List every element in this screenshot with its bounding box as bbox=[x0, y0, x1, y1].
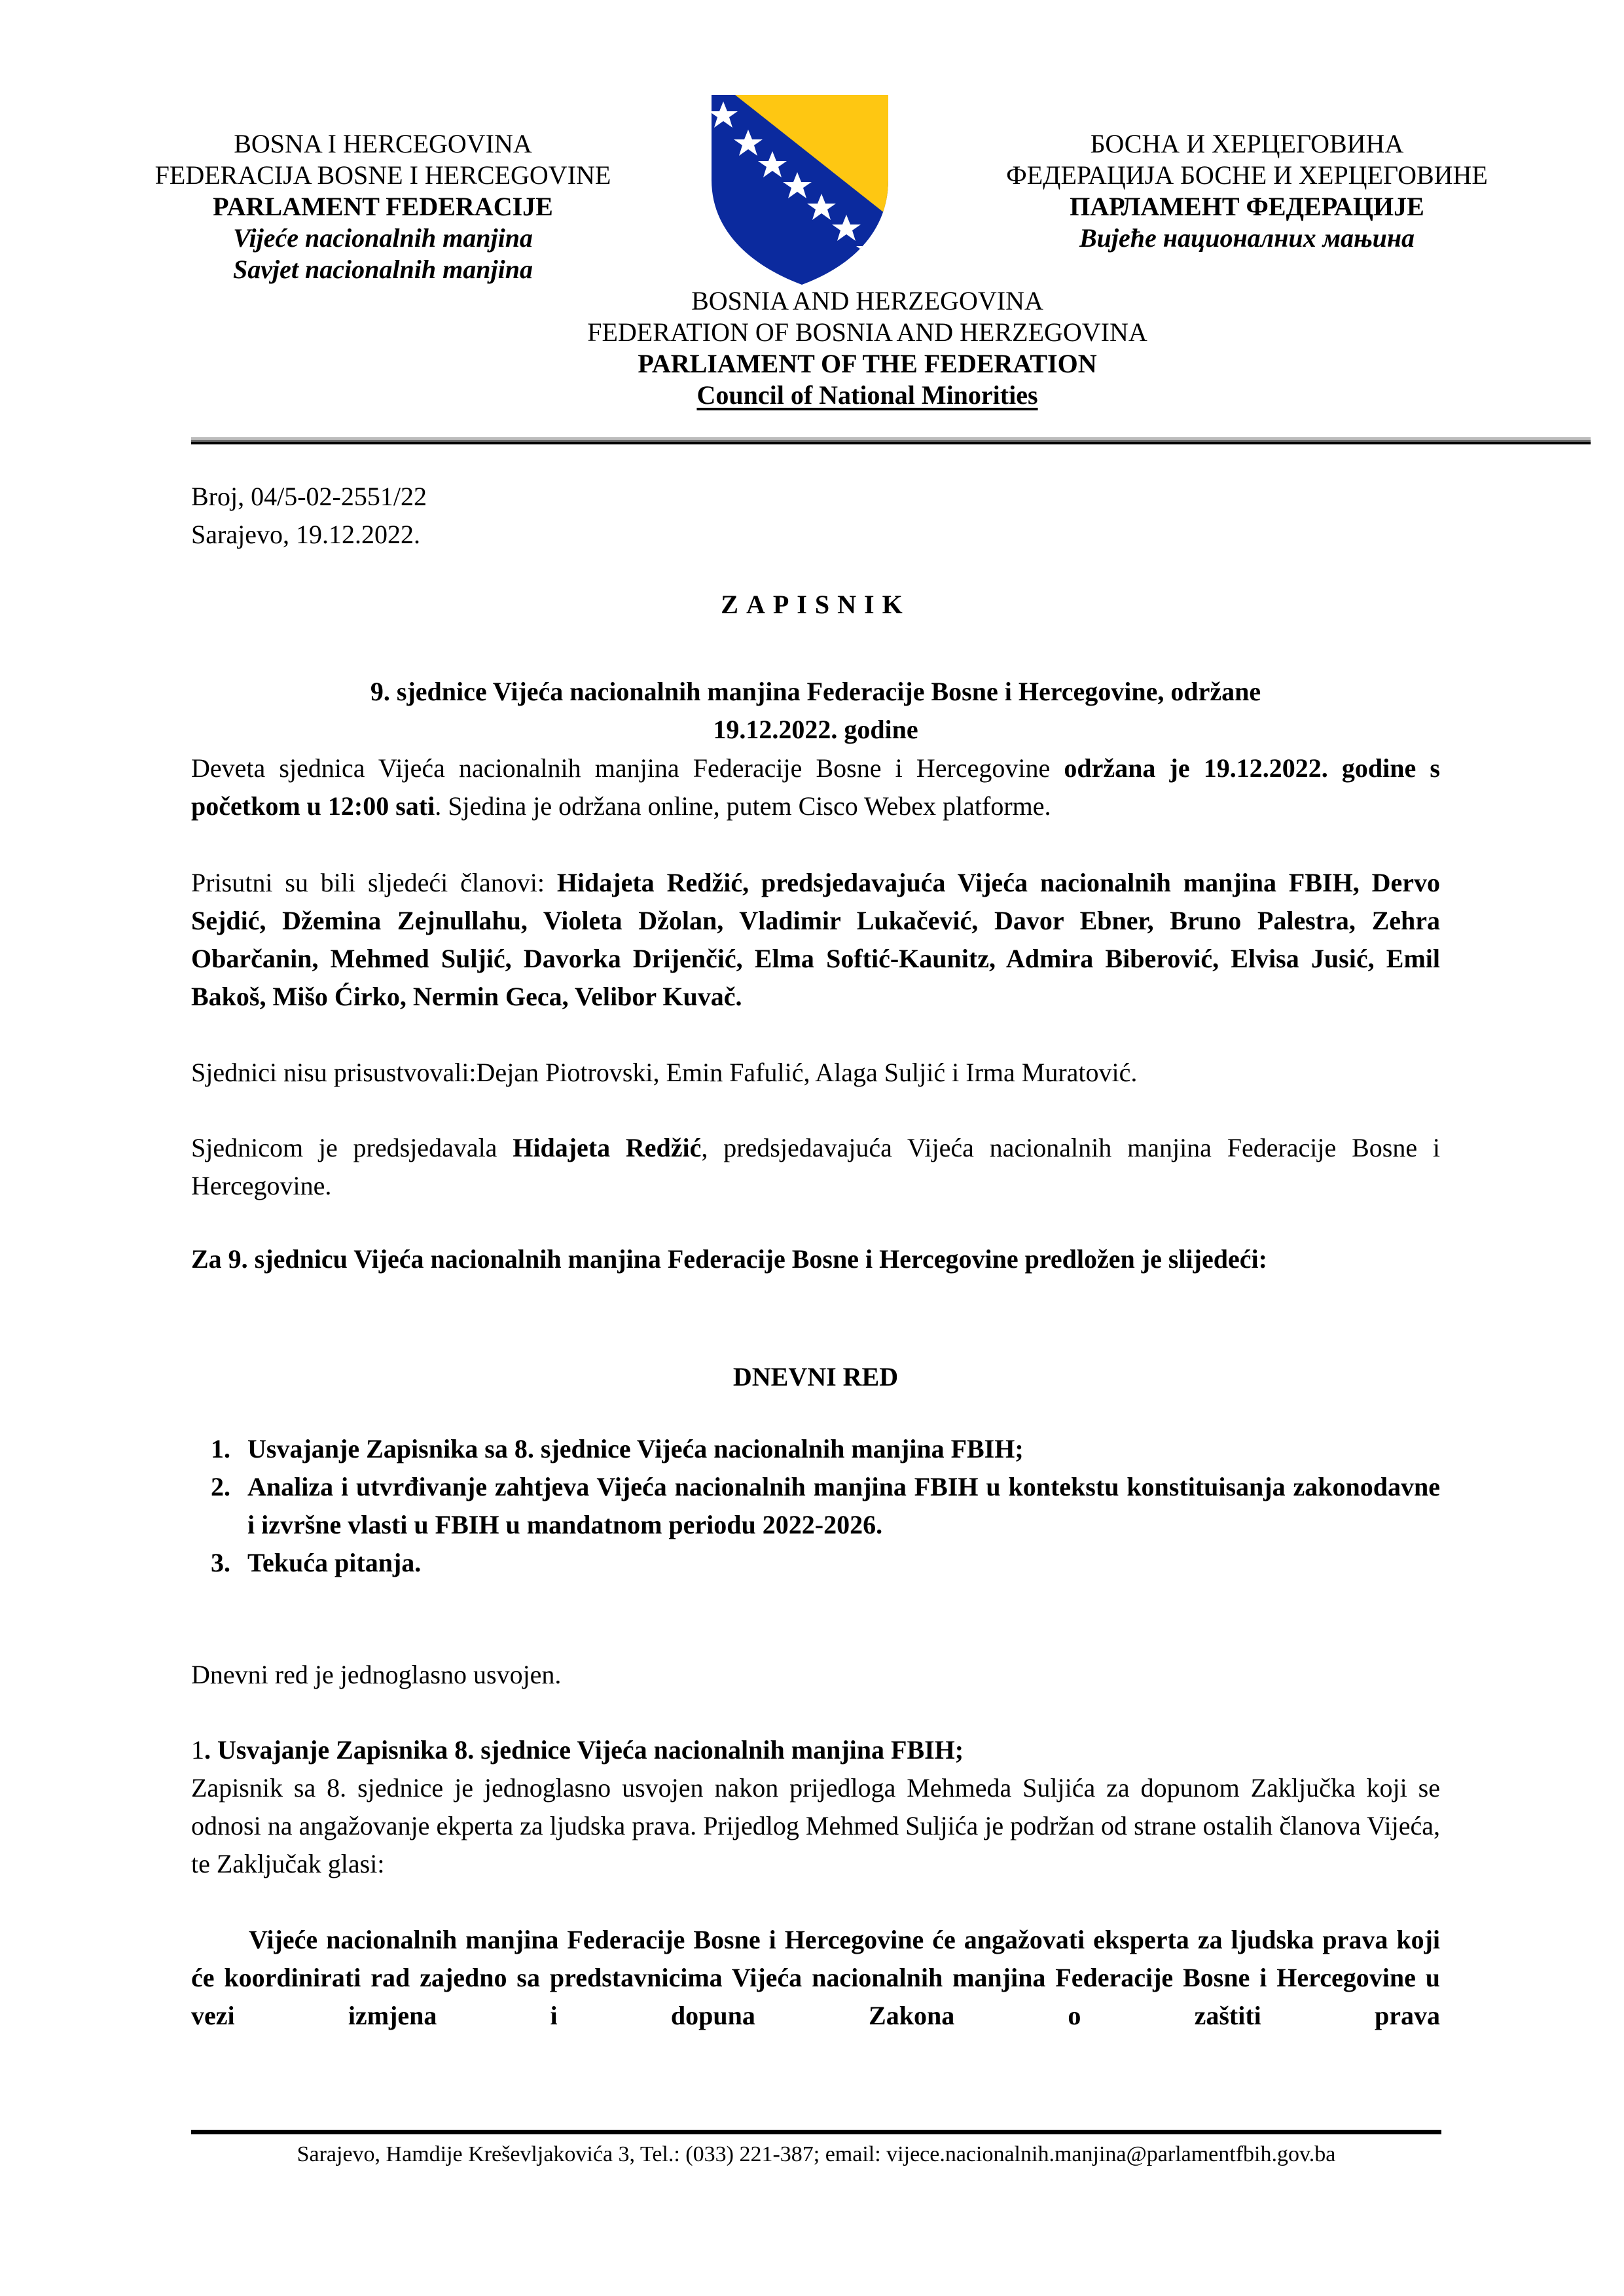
council-name: Vijeće nacionalnih manjina bbox=[92, 223, 674, 254]
paragraph-attendees: Prisutni su bili sljedeći članovi: Hidaj… bbox=[191, 864, 1440, 1016]
federation-name-cyrillic: ФЕДЕРАЦИЈА БОСНЕ И ХЕРЦЕГОВИНЕ bbox=[956, 160, 1538, 191]
paragraph-chair: Sjednicom je predsjedavala Hidajeta Redž… bbox=[191, 1129, 1440, 1205]
agenda-item-text: Tekuća pitanja. bbox=[247, 1548, 421, 1577]
agenda-item: 3.Tekuća pitanja. bbox=[191, 1544, 1440, 1582]
section-1-heading: 1. Usvajanje Zapisnika 8. sjednice Vijeć… bbox=[191, 1731, 1440, 1769]
section-title: . Usvajanje Zapisnika 8. sjednice Vijeća… bbox=[204, 1735, 964, 1765]
parliament-name-english: PARLIAMENT OF THE FEDERATION bbox=[511, 348, 1224, 380]
agenda-item: 2.Analiza i utvrđivanje zahtjeva Vijeća … bbox=[191, 1468, 1440, 1544]
agenda-item-number: 1. bbox=[211, 1430, 230, 1468]
text: . Sjedina je održana online, putem Cisco… bbox=[435, 791, 1051, 821]
parliament-name-cyrillic: ПАРЛАМЕНТ ФЕДЕРАЦИЈЕ bbox=[956, 191, 1538, 223]
coat-of-arms-shield-icon bbox=[710, 95, 893, 285]
subtitle-line-1: 9. sjednice Vijeća nacionalnih manjina F… bbox=[191, 673, 1440, 711]
agenda-item-text: Analiza i utvrđivanje zahtjeva Vijeća na… bbox=[247, 1472, 1440, 1539]
section-1-conclusion: Vijeće nacionalnih manjina Federacije Bo… bbox=[191, 1921, 1440, 2035]
paragraph-agenda-intro: Za 9. sjednicu Vijeća nacionalnih manjin… bbox=[191, 1240, 1440, 1278]
header-english: BOSNIA AND HERZEGOVINA FEDERATION OF BOS… bbox=[511, 285, 1224, 411]
document-place-date: Sarajevo, 19.12.2022. bbox=[191, 516, 427, 554]
footer-contact: Sarajevo, Hamdije Kreševljakovića 3, Tel… bbox=[191, 2140, 1441, 2169]
chair-name: Hidajeta Redžić bbox=[513, 1133, 701, 1162]
paragraph-agenda-adopted: Dnevni red je jednoglasno usvojen. bbox=[191, 1656, 1440, 1694]
agenda-item-number: 3. bbox=[211, 1544, 230, 1582]
agenda-title: DNEVNI RED bbox=[191, 1358, 1440, 1396]
country-name: BOSNA I HERCEGOVINA bbox=[92, 128, 674, 160]
council-name-cyrillic: Вијеће националних мањина bbox=[956, 223, 1538, 254]
text: Deveta sjednica Vijeća nacionalnih manji… bbox=[191, 753, 1064, 783]
document-number: Broj, 04/5-02-2551/22 bbox=[191, 478, 427, 516]
agenda-item: 1.Usvajanje Zapisnika sa 8. sjednice Vij… bbox=[191, 1430, 1440, 1468]
section-number: 1 bbox=[191, 1735, 204, 1765]
header-left-latin: BOSNA I HERCEGOVINA FEDERACIJA BOSNE I H… bbox=[92, 128, 674, 285]
federation-name-english: FEDERATION OF BOSNIA AND HERZEGOVINA bbox=[511, 317, 1224, 348]
country-name-cyrillic: БОСНА И ХЕРЦЕГОВИНА bbox=[956, 128, 1538, 160]
footer-divider bbox=[191, 2130, 1441, 2134]
section-1-body: Zapisnik sa 8. sjednice je jednoglasno u… bbox=[191, 1769, 1440, 1883]
paragraph-session-info: Deveta sjednica Vijeća nacionalnih manji… bbox=[191, 749, 1440, 825]
header-divider bbox=[191, 437, 1591, 445]
parliament-name: PARLAMENT FEDERACIJE bbox=[92, 191, 674, 223]
text: Sjednicom je predsjedavala bbox=[191, 1133, 513, 1162]
attendees-intro: Prisutni su bili sljedeći članovi: bbox=[191, 868, 557, 897]
subtitle-line-2: 19.12.2022. godine bbox=[191, 711, 1440, 749]
agenda-list: 1.Usvajanje Zapisnika sa 8. sjednice Vij… bbox=[191, 1430, 1440, 1582]
country-name-english: BOSNIA AND HERZEGOVINA bbox=[511, 285, 1224, 317]
agenda-item-text: Usvajanje Zapisnika sa 8. sjednice Vijeć… bbox=[247, 1434, 1024, 1463]
document-meta: Broj, 04/5-02-2551/22 Sarajevo, 19.12.20… bbox=[191, 478, 427, 554]
council-name-english: Council of National Minorities bbox=[696, 380, 1038, 410]
council-name-alt: Savjet nacionalnih manjina bbox=[92, 254, 674, 285]
document-title: ZAPISNIK bbox=[191, 589, 1440, 620]
header-right-cyrillic: БОСНА И ХЕРЦЕГОВИНА ФЕДЕРАЦИЈА БОСНЕ И Х… bbox=[956, 128, 1538, 254]
document-subtitle: 9. sjednice Vijeća nacionalnih manjina F… bbox=[191, 673, 1440, 749]
paragraph-absentees: Sjednici nisu prisustvovali:Dejan Piotro… bbox=[191, 1054, 1440, 1092]
agenda-item-number: 2. bbox=[211, 1468, 230, 1506]
federation-name: FEDERACIJA BOSNE I HERCEGOVINE bbox=[92, 160, 674, 191]
